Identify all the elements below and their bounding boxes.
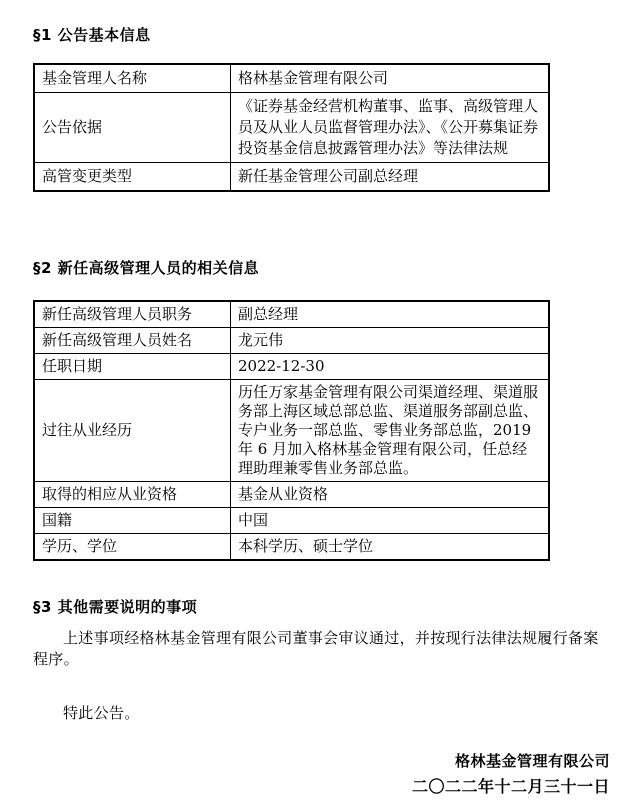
section-3-heading: §3 其他需要说明的事项: [33, 597, 610, 617]
row-label: 取得的相应从业资格: [34, 482, 231, 508]
row-label: 新任高级管理人员姓名: [34, 328, 231, 354]
row-value: 格林基金管理有限公司: [231, 64, 550, 93]
row-label: 基金管理人名称: [34, 64, 231, 93]
table-row: 学历、学位 本科学历、硕士学位: [34, 534, 549, 561]
row-label: 学历、学位: [34, 534, 231, 561]
signature-date: 二〇二二年十二月三十一日: [33, 777, 610, 797]
row-value: 副总经理: [231, 301, 550, 328]
row-label: 过往从业经历: [34, 380, 231, 482]
announcement-document: §1 公告基本信息 基金管理人名称 格林基金管理有限公司 公告依据 《证券基金经…: [0, 0, 626, 804]
table-row: 任职日期 2022-12-30: [34, 354, 549, 380]
row-value: 本科学历、硕士学位: [231, 534, 550, 561]
table-row: 高管变更类型 新任基金管理公司副总经理: [34, 163, 549, 192]
row-value: 中国: [231, 508, 550, 534]
section-2-heading: §2 新任高级管理人员的相关信息: [33, 258, 610, 278]
signature-company: 格林基金管理有限公司: [33, 751, 610, 771]
row-label: 任职日期: [34, 354, 231, 380]
row-label: 新任高级管理人员职务: [34, 301, 231, 328]
row-value: 历任万家基金管理有限公司渠道经理、渠道服务部上海区域总部总监、渠道服务部副总监、…: [231, 380, 550, 482]
row-value: 基金从业资格: [231, 482, 550, 508]
row-value: 新任基金管理公司副总经理: [231, 163, 550, 192]
section-1-heading: §1 公告基本信息: [33, 0, 610, 45]
closing-statement: 特此公告。: [33, 703, 610, 724]
signature-block: 格林基金管理有限公司 二〇二二年十二月三十一日: [33, 751, 610, 797]
row-value: 龙元伟: [231, 328, 550, 354]
table-row: 公告依据 《证券基金经营机构董事、监事、高级管理人员及从业人员监督管理办法》、《…: [34, 93, 549, 163]
row-value: 《证券基金经营机构董事、监事、高级管理人员及从业人员监督管理办法》、《公开募集证…: [231, 93, 550, 163]
row-value: 2022-12-30: [231, 354, 550, 380]
row-label: 国籍: [34, 508, 231, 534]
table-row: 新任高级管理人员姓名 龙元伟: [34, 328, 549, 354]
row-label: 高管变更类型: [34, 163, 231, 192]
table-row: 基金管理人名称 格林基金管理有限公司: [34, 64, 549, 93]
table-row: 国籍 中国: [34, 508, 549, 534]
table-row: 新任高级管理人员职务 副总经理: [34, 301, 549, 328]
table-row: 过往从业经历 历任万家基金管理有限公司渠道经理、渠道服务部上海区域总部总监、渠道…: [34, 380, 549, 482]
announcement-basic-info-table: 基金管理人名称 格林基金管理有限公司 公告依据 《证券基金经营机构董事、监事、高…: [33, 63, 550, 192]
row-label: 公告依据: [34, 93, 231, 163]
new-executive-info-table: 新任高级管理人员职务 副总经理 新任高级管理人员姓名 龙元伟 任职日期 2022…: [33, 300, 550, 561]
section-3-paragraph: 上述事项经格林基金管理有限公司董事会审议通过，并按现行法律法规履行备案程序。: [33, 628, 610, 670]
table-row: 取得的相应从业资格 基金从业资格: [34, 482, 549, 508]
